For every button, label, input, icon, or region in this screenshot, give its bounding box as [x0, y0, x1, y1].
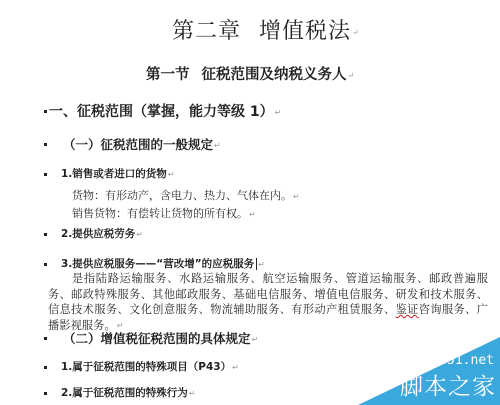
taxable-services-paragraph: 是指陆路运输服务、水路运输服务、航空运输服务、管道运输服务、邮政普遍服务、邮政特… [48, 271, 488, 333]
item-special-behaviors: 2.属于征税范围的特殊行为↵ [61, 385, 196, 400]
bullet-icon [44, 366, 47, 369]
item-goods: 1.销售或者进口的货物↵ [61, 166, 175, 181]
subsection-specific-rules: （二）增值税征税范围的具体规定↵ [63, 329, 258, 347]
section-number: 第一节 [146, 66, 190, 83]
item-taxable-services: 3.提供应税服务——“营改增”的应税服务↵ [61, 256, 265, 271]
paragraph-mark-icon: ↵ [232, 363, 239, 372]
document-page[interactable]: 第二章增值税法↵ 第一节征税范围及纳税义务人↵ 一、征税范围（掌握，能力等级 1… [0, 0, 500, 405]
bullet-icon [44, 233, 47, 236]
bullet-icon [44, 337, 47, 340]
site-watermark: jb51.net 脚本之家 [358, 337, 500, 405]
text-cursor [256, 258, 257, 270]
subsection-general-rules: （一）征税范围的一般规定↵ [63, 135, 221, 153]
bullet-icon [44, 143, 47, 146]
item-goods-detail-2: 销售货物：有偿转让货物的所有权。↵ [72, 205, 256, 221]
paragraph-mark-icon: ↵ [214, 141, 221, 150]
section-name: 征税范围及纳税义务人 [202, 66, 347, 83]
bullet-icon [44, 263, 47, 266]
heading-scope: 一、征税范围（掌握，能力等级 1）↵ [49, 101, 281, 121]
paragraph-mark-icon: ↵ [252, 335, 259, 344]
paragraph-mark-icon: ↵ [293, 192, 300, 201]
item-special-projects: 1.属于征税范围的特殊项目（P43）↵ [61, 359, 239, 374]
item-labor-services: 2.提供应税劳务↵ [61, 226, 143, 241]
watermark-name: 脚本之家 [400, 368, 496, 401]
paragraph-mark-icon: ↵ [189, 389, 196, 398]
paragraph-mark-icon: ↵ [136, 230, 143, 239]
bullet-icon [44, 392, 47, 395]
chapter-name: 增值税法 [259, 19, 351, 44]
paragraph-mark-icon: ↵ [352, 28, 360, 37]
paragraph-mark-icon: ↵ [258, 260, 265, 269]
paragraph-mark-icon: ↵ [348, 71, 355, 80]
section-title: 第一节征税范围及纳税义务人↵ [146, 63, 354, 84]
paragraph-mark-icon: ↵ [249, 210, 256, 219]
chapter-title: 第二章增值税法↵ [172, 14, 360, 45]
chapter-number: 第二章 [172, 19, 241, 44]
paragraph-mark-icon: ↵ [168, 170, 175, 179]
spelling-error-word[interactable]: 鉴证 [396, 303, 419, 316]
bullet-icon [44, 110, 47, 113]
watermark-url: jb51.net [431, 353, 494, 368]
item-goods-detail-1: 货物：有形动产，含电力、热力、气体在内。↵ [72, 187, 300, 203]
bullet-icon [44, 173, 47, 176]
paragraph-mark-icon: ↵ [275, 108, 282, 117]
